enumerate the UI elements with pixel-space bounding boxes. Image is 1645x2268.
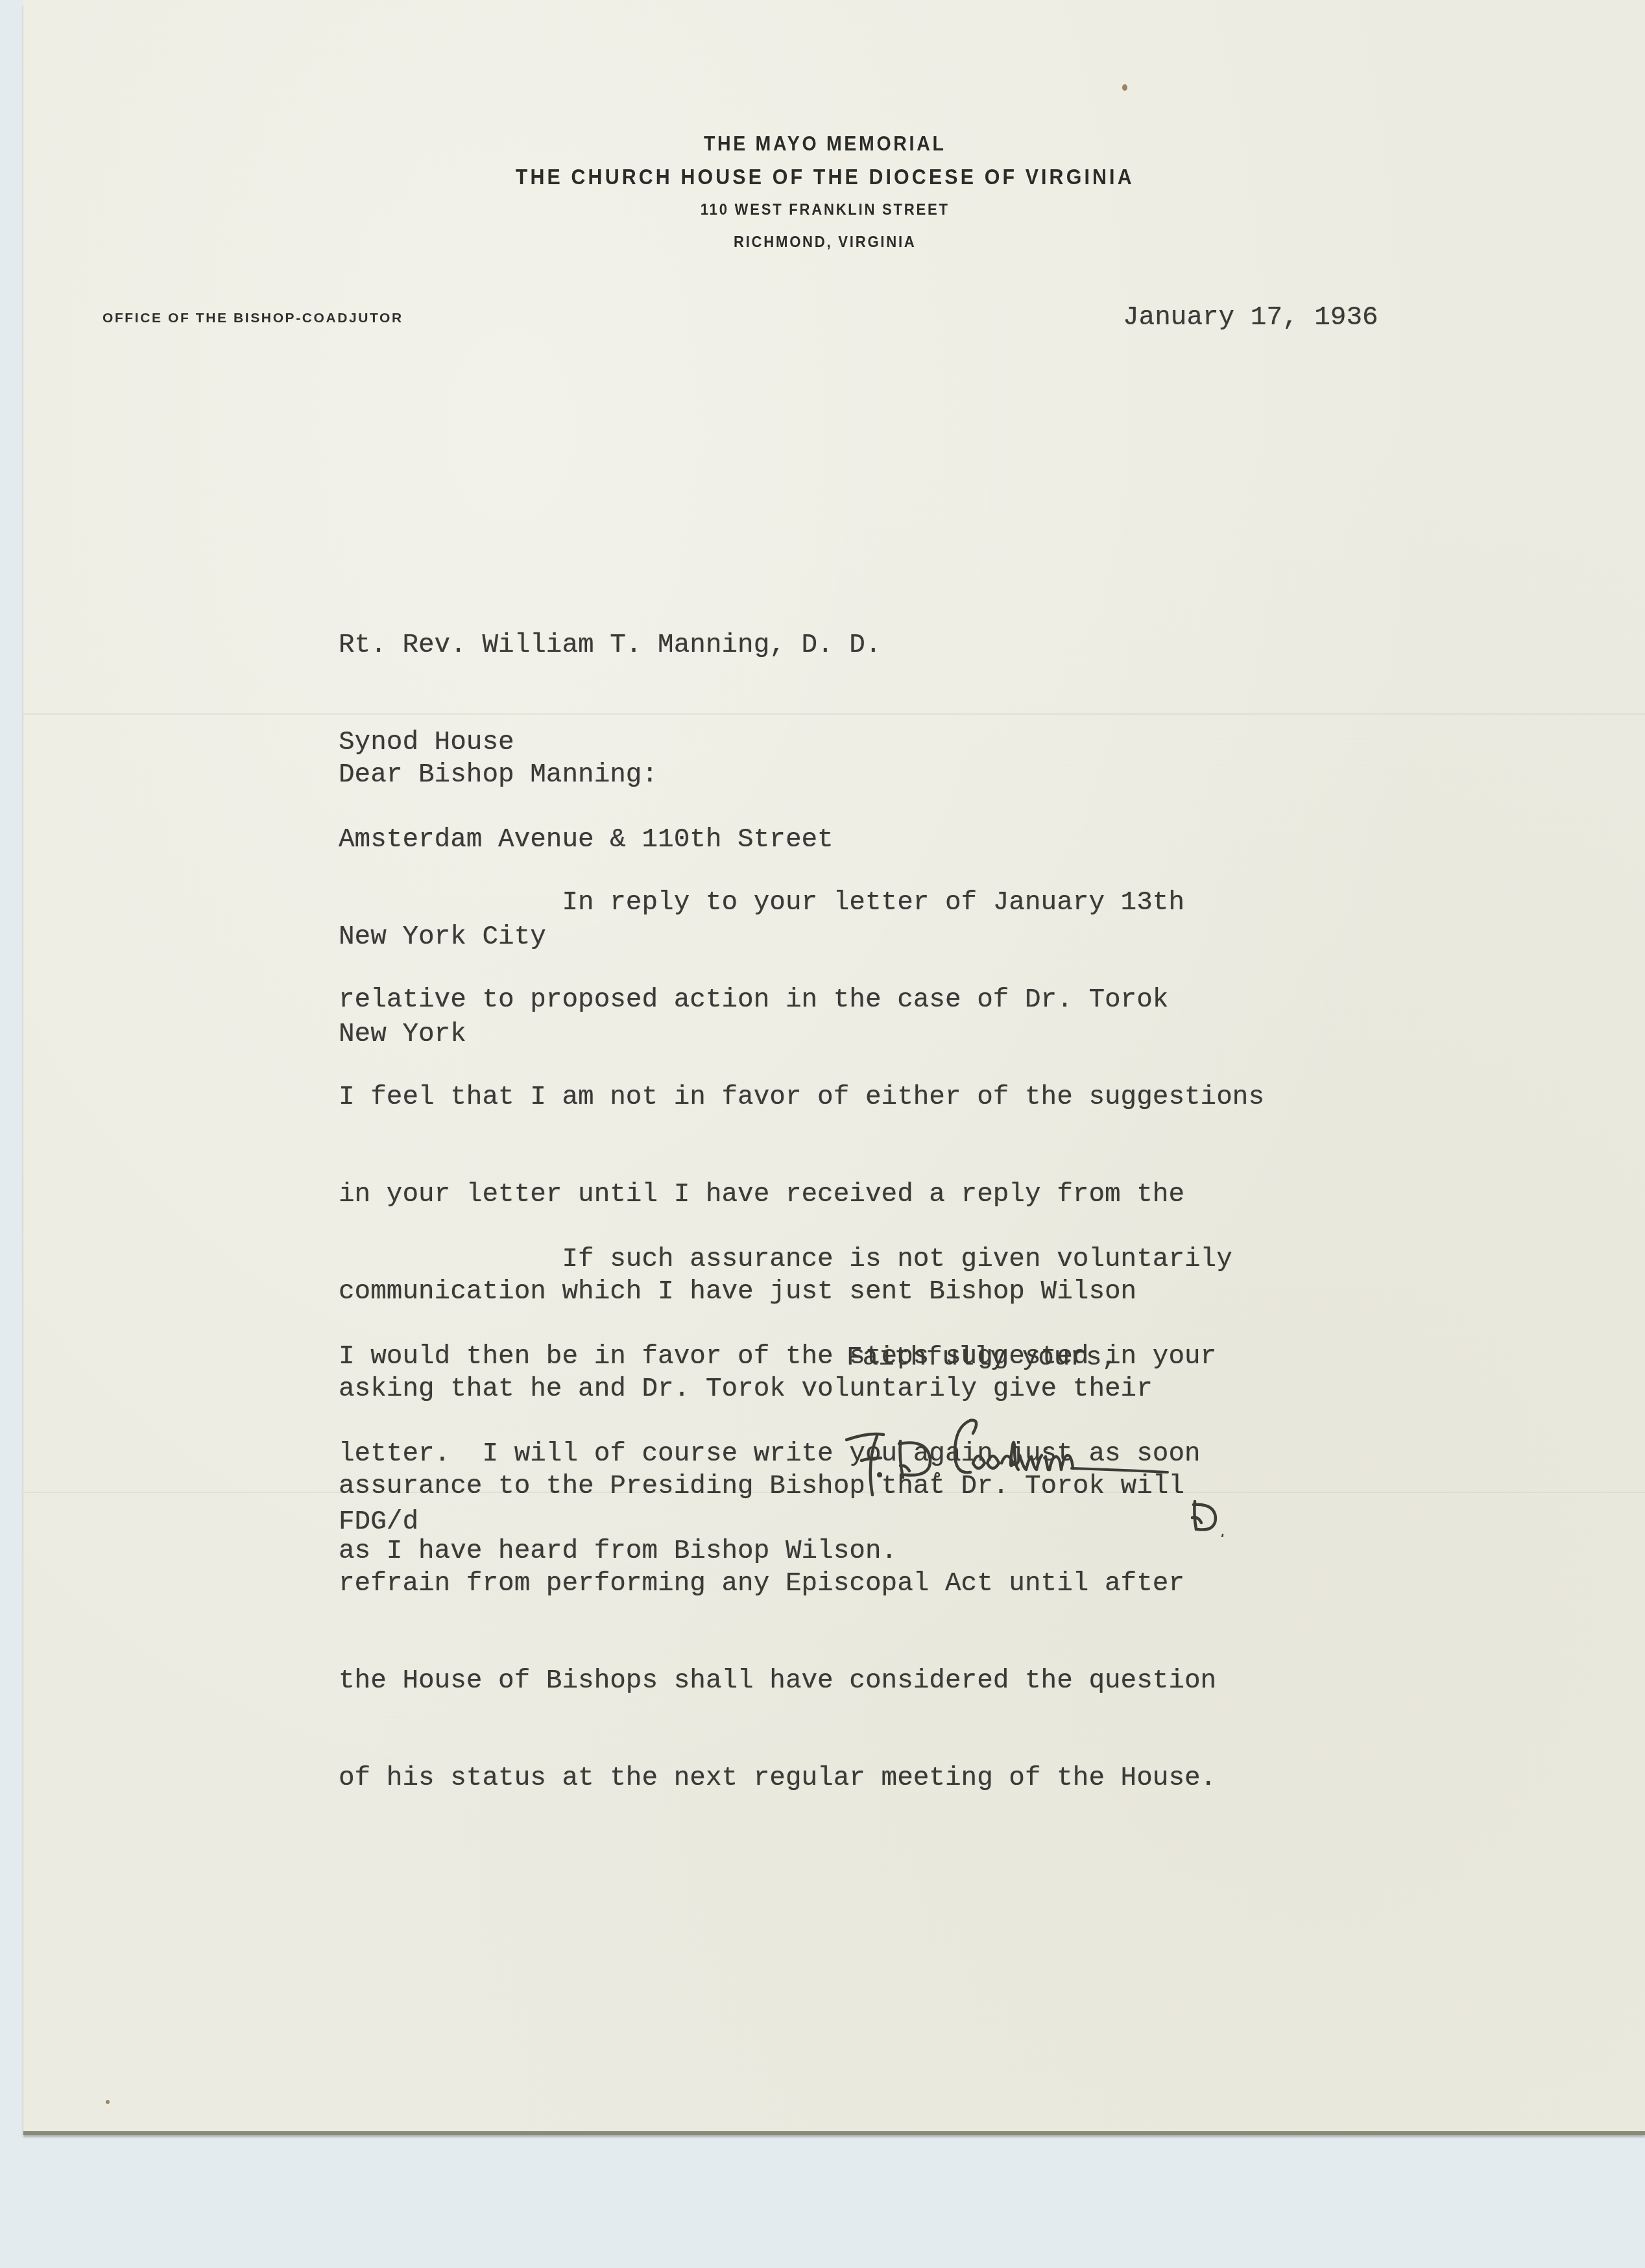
body-line: relative to proposed action in the case …	[339, 984, 1264, 1016]
handwritten-signature	[843, 1407, 1258, 1537]
closing: Faithfully yours,	[847, 1342, 1118, 1374]
body-line: I feel that I am not in favor of either …	[339, 1081, 1264, 1114]
letterhead-city: RICHMOND, VIRGINIA	[68, 233, 1581, 252]
office-label: OFFICE OF THE BISHOP-COADJUTOR	[102, 311, 403, 326]
body-line: If such assurance is not given voluntari…	[339, 1243, 1232, 1276]
recipient-line: Rt. Rev. William T. Manning, D. D.	[339, 629, 882, 662]
paper-speck	[106, 2100, 110, 2104]
letterhead-line-2: THE CHURCH HOUSE OF THE DIOCESE OF VIRGI…	[68, 165, 1581, 189]
body-line: as I have heard from Bishop Wilson.	[339, 1535, 1232, 1568]
paper-speck	[1122, 84, 1127, 91]
letter-date: January 17, 1936	[1123, 302, 1378, 334]
letterhead-address: 110 WEST FRANKLIN STREET	[68, 201, 1581, 219]
reference-initials: FDG/d	[339, 1506, 418, 1538]
body-line: the House of Bishops shall have consider…	[339, 1665, 1264, 1697]
salutation: Dear Bishop Manning:	[339, 759, 658, 791]
recipient-line: Synod House	[339, 726, 882, 759]
letterhead-line-1: THE MAYO MEMORIAL	[68, 132, 1581, 156]
body-line: In reply to your letter of January 13th	[339, 887, 1264, 919]
body-line: of his status at the next regular meetin…	[339, 1762, 1264, 1795]
